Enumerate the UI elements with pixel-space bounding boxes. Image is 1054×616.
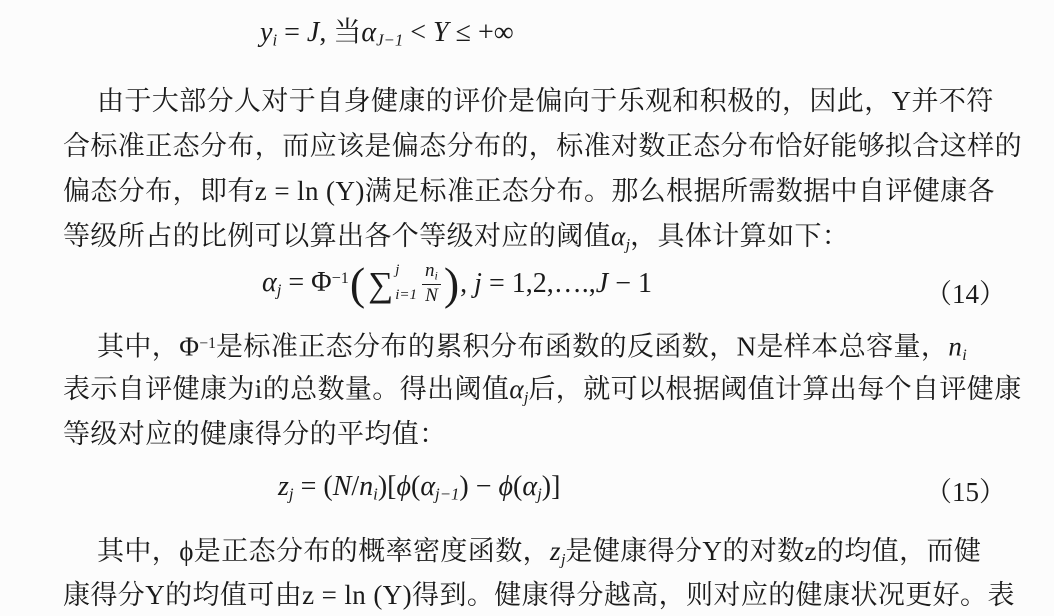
eq-yi-equals: = xyxy=(277,17,307,48)
eq14-tail-J: J xyxy=(596,268,608,299)
eq14-fraction-numerator: ni xyxy=(422,261,441,285)
paragraph-3-line-1-tail: 是健康得分Y的对数z的均值，而健 xyxy=(565,536,981,566)
paragraph-2-line-1: 其中，Φ−1是标准正态分布的累积分布函数的反函数，N是样本总容量，ni xyxy=(63,327,1028,372)
paragraph-2-line-2-tail: 后，就可以根据阈值计算出每个自评健康 xyxy=(528,374,1021,404)
eq14-fraction-denominator: N xyxy=(425,285,438,307)
paragraph-1-line-2: 合标准正态分布，而应该是偏态分布的，标准对数正态分布恰好能够拟合这样的 xyxy=(63,129,1028,163)
eq14-left-paren: ( xyxy=(349,261,366,307)
paragraph-3-line-1: 其中，ϕ是正态分布的概率密度函数，zj是健康得分Y的对数z的均值，而健 xyxy=(63,534,1028,577)
paragraph-1-line-3: 偏态分布，即有z = ln (Y)满足标准正态分布。那么根据所需数据中自评健康各 xyxy=(63,174,1028,208)
eq-yi-var-Y: Y xyxy=(433,17,449,48)
eq-yi-alpha: α xyxy=(361,17,376,48)
eq14-right-paren: ) xyxy=(443,261,460,307)
eq14-tail: , j = 1,2,….,J − 1 xyxy=(460,267,652,301)
eq-yi-lt: < xyxy=(403,17,433,48)
paragraph-2-line-1-mid: 是标准正态分布的累积分布函数的反函数，N是样本总容量， xyxy=(216,332,948,362)
eq15-paren-2: ( xyxy=(513,471,522,502)
eq15-n: n xyxy=(359,471,373,502)
paragraph-1-line-4-tail: ，具体计算如下： xyxy=(630,221,849,251)
paragraph-3-line-2: 康得分Y的均值可由z = ln (Y)得到。健康得分越高，则对应的健康状况更好。… xyxy=(63,578,1028,612)
eq15-alpha-1-sub: j−1 xyxy=(435,485,459,504)
eq15-N: N xyxy=(333,471,352,502)
n-subscript-i: i xyxy=(962,346,967,364)
eq14-tail-range: = 1,2,…., xyxy=(482,268,596,299)
eq14-sum-lower: i=1 xyxy=(395,288,417,303)
display-equation-yi: yi = J, 当αJ−1 < Y ≤ +∞ xyxy=(260,16,514,58)
paragraph-1-line-1: 由于大部分人对于自身健康的评价是偏向于乐观和积极的，因此，Y并不符 xyxy=(63,84,1028,118)
eq-yi-var-J: J xyxy=(307,17,319,48)
eq14-n: n xyxy=(425,260,435,281)
eq-yi-alpha-sub: J−1 xyxy=(376,31,403,50)
equation-15-label: （15） xyxy=(925,470,1006,509)
eq14-equals: = xyxy=(281,267,311,298)
phi-inverse-superscript: −1 xyxy=(199,335,216,352)
eq14-alpha: α xyxy=(262,267,277,298)
eq14-lhs: αj = Φ−1 xyxy=(262,261,349,307)
eq15-slash: / xyxy=(351,471,359,502)
eq15-alpha-2: α xyxy=(522,471,537,502)
eq14-phi-inverse: −1 xyxy=(332,269,349,287)
paragraph-3-line-1-text: 其中，ϕ是正态分布的概率密度函数， xyxy=(97,536,550,566)
eq15-bracket-open: )[ xyxy=(378,471,397,502)
eq15-alpha-1: α xyxy=(420,471,435,502)
eq-yi-comma: , xyxy=(319,17,333,48)
eq14-tail-minus-one: − 1 xyxy=(608,268,652,299)
equation-14-label: （14） xyxy=(925,272,1006,311)
display-equation-15: zj = (N/ni)[ϕ(αj−1) − ϕ(αj)] xyxy=(278,470,560,512)
eq15-paren-1: ( xyxy=(411,471,420,502)
eq15-phi-1: ϕ xyxy=(397,471,412,502)
eq15-minus: ) − xyxy=(459,471,498,502)
paragraph-2-line-1-text: 其中， xyxy=(97,332,179,362)
eq-yi-var-y: y xyxy=(260,17,272,48)
n-symbol: n xyxy=(948,332,962,362)
paragraph-1-line-4-text: 等级所占的比例可以算出各个等级对应的阈值 xyxy=(63,221,611,251)
eq14-n-sub: i xyxy=(435,269,438,283)
eq15-bracket-close: )] xyxy=(542,471,561,502)
eq14-sum-upper: j xyxy=(395,263,417,278)
paragraph-2-line-2: 表示自评健康为i的总数量。得出阈值αj后，就可以根据阈值计算出每个自评健康 xyxy=(63,372,1028,415)
eq14-sum-limits: ji=1 xyxy=(393,261,417,307)
document-page: yi = J, 当αJ−1 < Y ≤ +∞ 由于大部分人对于自身健康的评价是偏… xyxy=(0,0,1054,616)
display-equation-14: αj = Φ−1(∑ji=1niN), j = 1,2,….,J − 1 xyxy=(262,254,652,314)
paragraph-2-line-2-text: 表示自评健康为i的总数量。得出阈值 xyxy=(63,374,509,404)
eq14-sum-icon: ∑ xyxy=(366,267,393,302)
eq15-equals-paren: = ( xyxy=(294,471,333,502)
z-symbol: z xyxy=(550,536,561,566)
phi-symbol: Φ xyxy=(179,332,199,362)
eq-yi-dang: 当 xyxy=(333,17,361,48)
eq14-tail-comma: , xyxy=(460,268,474,299)
eq15-z: z xyxy=(278,471,289,502)
eq-yi-le-inf: ≤ +∞ xyxy=(449,17,514,48)
eq14-fraction: niN xyxy=(422,261,441,306)
eq14-phi: Φ xyxy=(311,267,331,298)
eq15-phi-2: ϕ xyxy=(499,471,514,502)
paragraph-2-line-3: 等级对应的健康得分的平均值： xyxy=(63,417,1028,451)
alpha-symbol: α xyxy=(611,221,626,251)
alpha-symbol: α xyxy=(509,374,524,404)
eq14-tail-j: j xyxy=(474,268,482,299)
